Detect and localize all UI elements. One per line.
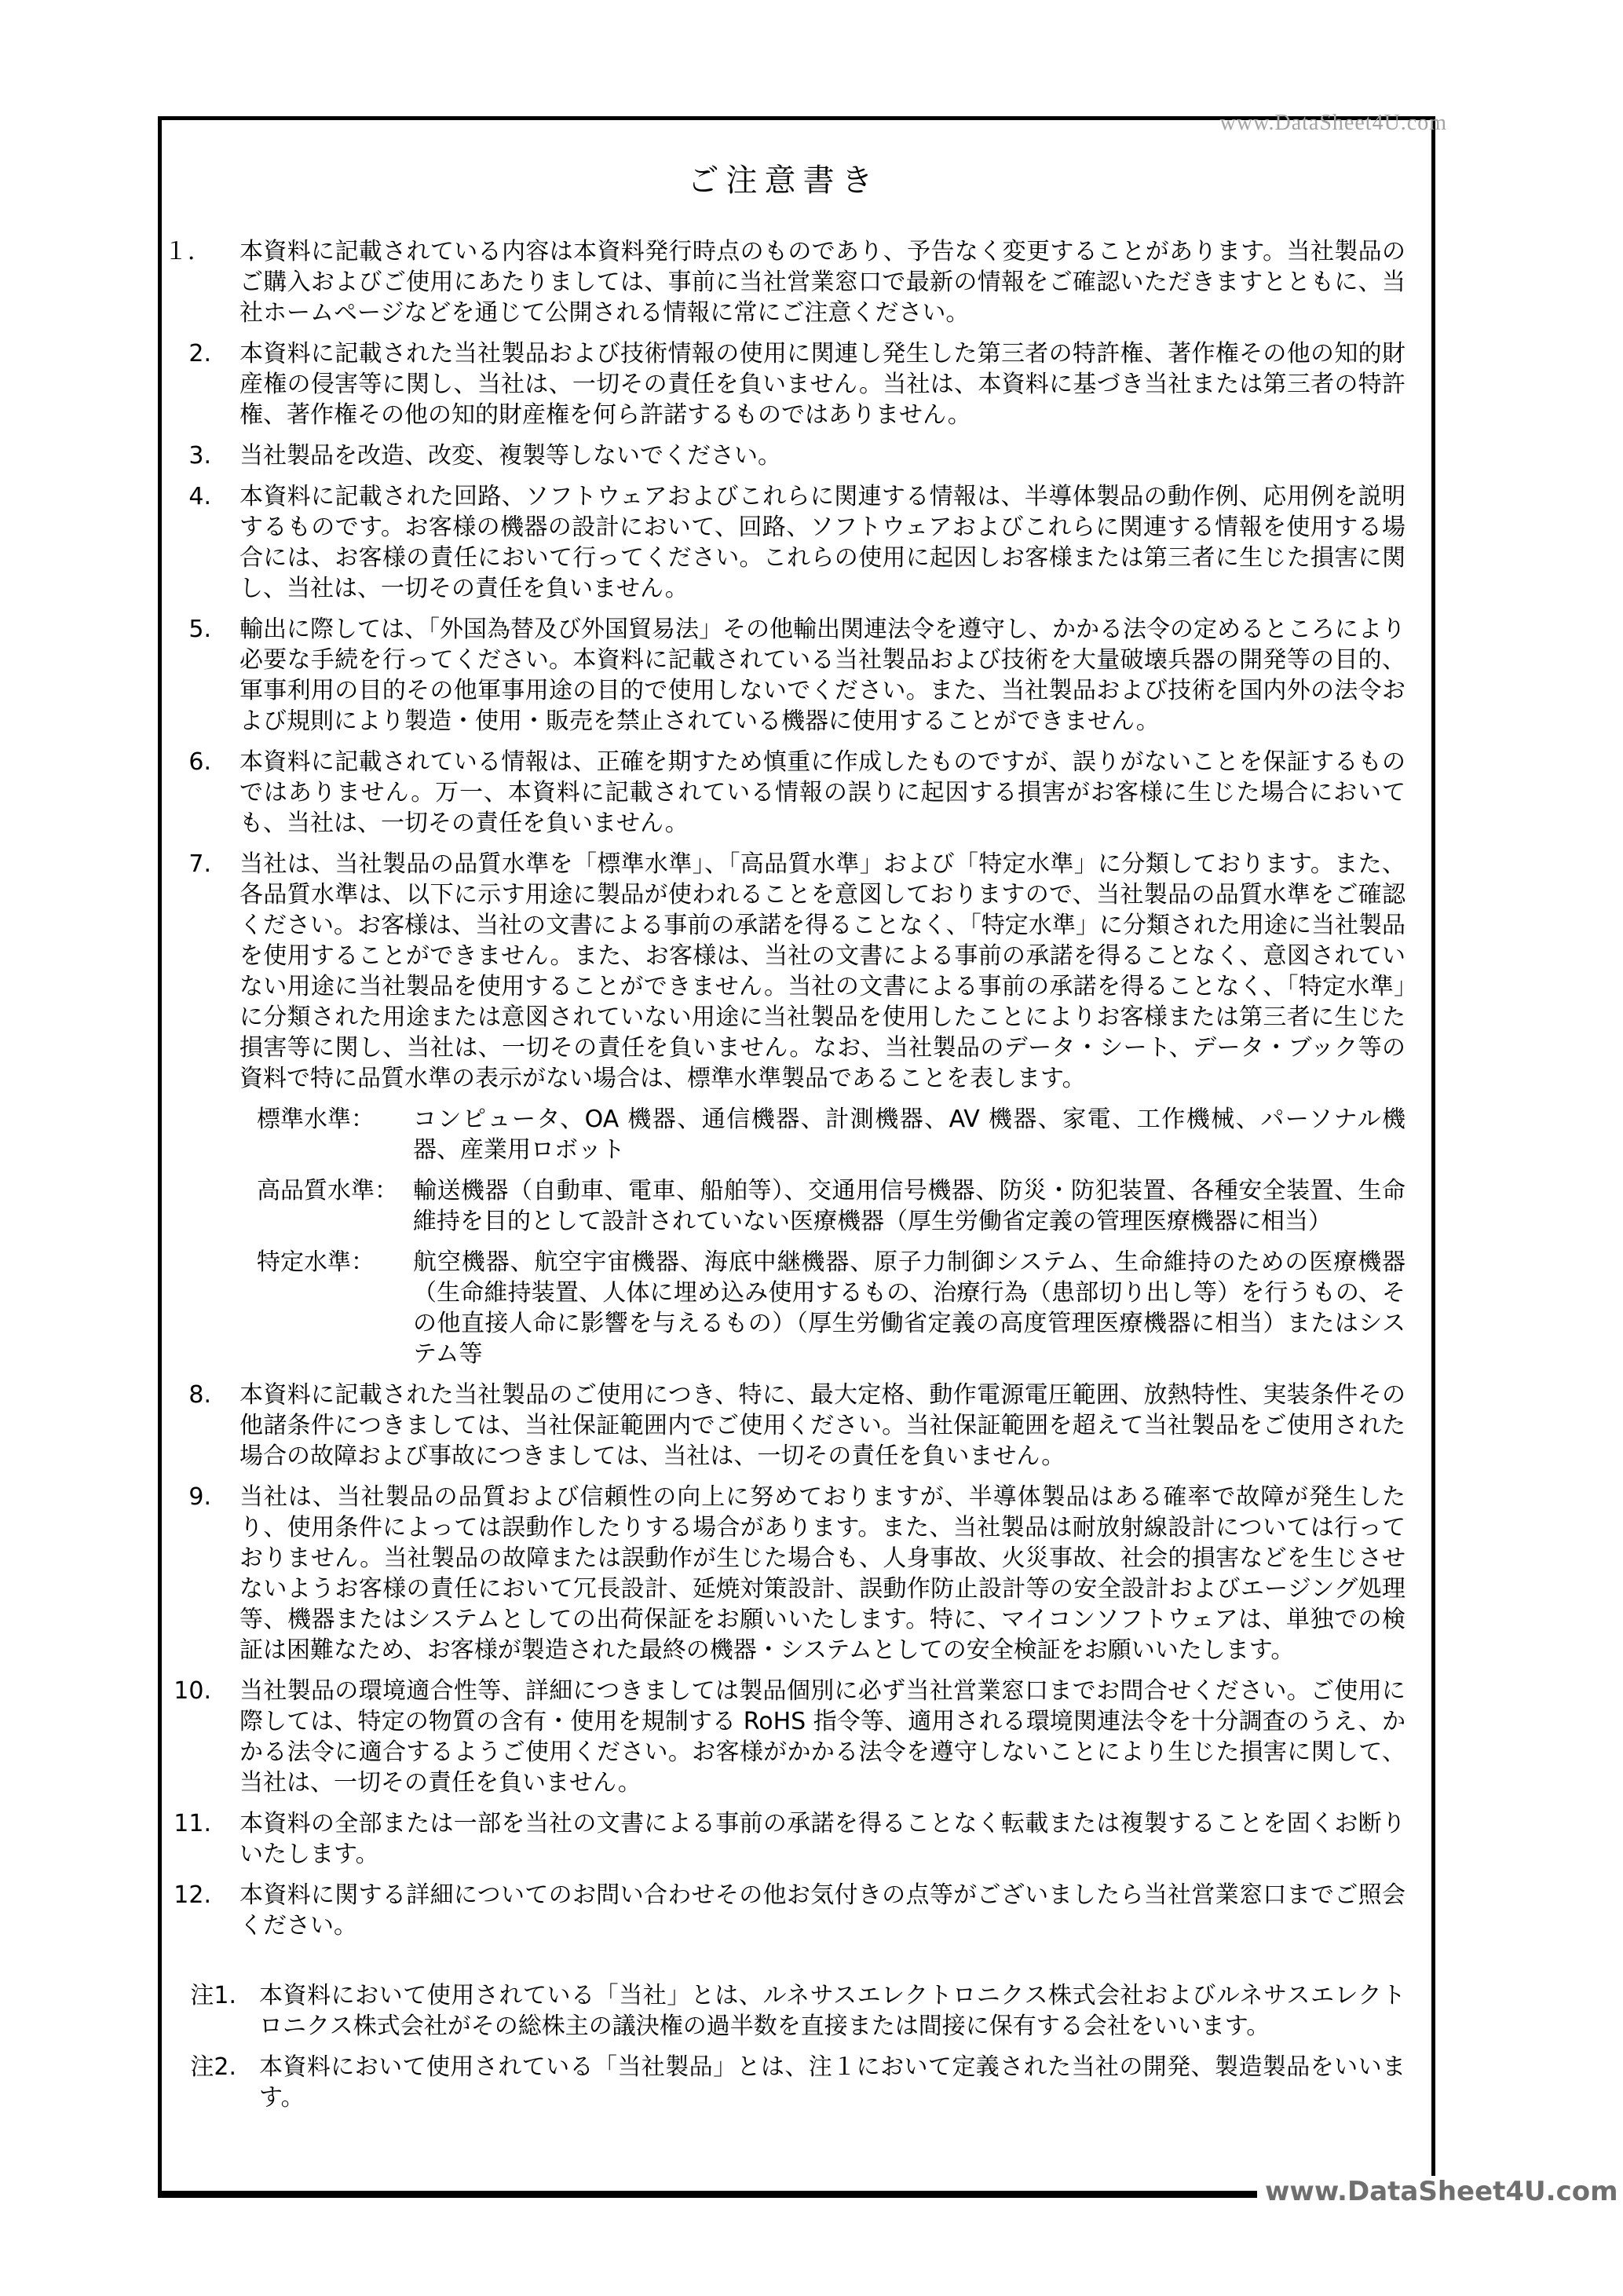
notice-item-7: 7. 当社は、当社製品の品質水準を「標準水準」、「高品質水準」および「特定水準」… — [162, 849, 1406, 1094]
item-text: 本資料に記載されている情報は、正確を期すため慎重に作成したものですが、誤りがない… — [239, 747, 1406, 839]
item-number: 8. — [162, 1380, 211, 1472]
item-number: １． — [162, 236, 211, 328]
notice-item-1: １． 本資料に記載されている内容は本資料発行時点のものであり、予告なく変更するこ… — [162, 236, 1406, 328]
quality-level-standard: 標準水準： コンピュータ、OA 機器、通信機器、計測機器、AV 機器、家電、工作… — [257, 1104, 1406, 1165]
item-number: 6. — [162, 747, 211, 839]
item-number: 5. — [162, 614, 211, 737]
quality-level-label: 特定水準： — [257, 1247, 413, 1369]
footnote-1: 注1. 本資料において使用されている「当社」とは、ルネサスエレクトロニクス株式会… — [162, 1980, 1406, 2042]
footnotes-section: 注1. 本資料において使用されている「当社」とは、ルネサスエレクトロニクス株式会… — [162, 1980, 1406, 2113]
footnote-number: 注1. — [162, 1980, 236, 2042]
footnote-text: 本資料において使用されている「当社製品」とは、注１において定義された当社の開発、… — [259, 2052, 1406, 2113]
item-text: 本資料に記載された回路、ソフトウェアおよびこれらに関連する情報は、半導体製品の動… — [239, 481, 1406, 604]
notice-item-8: 8. 本資料に記載された当社製品のご使用につき、特に、最大定格、動作電源電圧範囲… — [162, 1380, 1406, 1472]
item-number: 12. — [162, 1880, 211, 1941]
quality-level-text: 航空機器、航空宇宙機器、海底中継機器、原子力制御システム、生命維持のための医療機… — [413, 1247, 1406, 1369]
notice-item-9: 9. 当社は、当社製品の品質および信頼性の向上に努めておりますが、半導体製品はあ… — [162, 1482, 1406, 1665]
item-number: 3. — [162, 441, 211, 471]
item-text: 本資料に記載されている内容は本資料発行時点のものであり、予告なく変更することがあ… — [239, 236, 1406, 328]
item-text: 当社は、当社製品の品質および信頼性の向上に努めておりますが、半導体製品はある確率… — [239, 1482, 1406, 1665]
quality-level-text: コンピュータ、OA 機器、通信機器、計測機器、AV 機器、家電、工作機械、パーソ… — [413, 1104, 1406, 1165]
item-number: 7. — [162, 849, 211, 1094]
notice-item-12: 12. 本資料に関する詳細についてのお問い合わせその他お気付きの点等がございまし… — [162, 1880, 1406, 1941]
item-text: 当社製品の環境適合性等、詳細につきましては製品個別に必ず当社営業窓口までお問合せ… — [239, 1676, 1406, 1798]
item-text: 本資料に記載された当社製品のご使用につき、特に、最大定格、動作電源電圧範囲、放熱… — [239, 1380, 1406, 1472]
quality-level-high: 高品質水準： 輸送機器（自動車、電車、船舶等）、交通用信号機器、防災・防犯装置、… — [257, 1175, 1406, 1237]
document-page: www.DataSheet4U.com ご注意書き １． 本資料に記載されている… — [0, 0, 1623, 2296]
item-text: 本資料の全部または一部を当社の文書による事前の承諾を得ることなく転載または複製す… — [239, 1808, 1406, 1870]
item-number: 10. — [162, 1676, 211, 1798]
notice-item-5: 5. 輸出に際しては、「外国為替及び外国貿易法」その他輸出関連法令を遵守し、かか… — [162, 614, 1406, 737]
watermark-bottom: www.DataSheet4U.com — [1257, 2176, 1623, 2210]
notice-item-10: 10. 当社製品の環境適合性等、詳細につきましては製品個別に必ず当社営業窓口まで… — [162, 1676, 1406, 1798]
notice-item-6: 6. 本資料に記載されている情報は、正確を期すため慎重に作成したものですが、誤り… — [162, 747, 1406, 839]
item-number: 9. — [162, 1482, 211, 1665]
item-number: 2. — [162, 338, 211, 430]
quality-level-label: 高品質水準： — [257, 1175, 413, 1237]
item-number: 11. — [162, 1808, 211, 1870]
watermark-top: www.DataSheet4U.com — [1220, 111, 1447, 136]
notice-item-11: 11. 本資料の全部または一部を当社の文書による事前の承諾を得ることなく転載また… — [162, 1808, 1406, 1870]
item-text: 当社製品を改造、改変、複製等しないでください。 — [239, 441, 1406, 471]
quality-level-specific: 特定水準： 航空機器、航空宇宙機器、海底中継機器、原子力制御システム、生命維持の… — [257, 1247, 1406, 1369]
quality-level-text: 輸送機器（自動車、電車、船舶等）、交通用信号機器、防災・防犯装置、各種安全装置、… — [413, 1175, 1406, 1237]
quality-level-label: 標準水準： — [257, 1104, 413, 1165]
notice-item-2: 2. 本資料に記載された当社製品および技術情報の使用に関連し発生した第三者の特許… — [162, 338, 1406, 430]
footnote-text: 本資料において使用されている「当社」とは、ルネサスエレクトロニクス株式会社および… — [259, 1980, 1406, 2042]
item-number: 4. — [162, 481, 211, 604]
item-text: 輸出に際しては、「外国為替及び外国貿易法」その他輸出関連法令を遵守し、かかる法令… — [239, 614, 1406, 737]
notice-item-3: 3. 当社製品を改造、改変、複製等しないでください。 — [162, 441, 1406, 471]
notice-item-4: 4. 本資料に記載された回路、ソフトウェアおよびこれらに関連する情報は、半導体製… — [162, 481, 1406, 604]
item-text: 当社は、当社製品の品質水準を「標準水準」、「高品質水準」および「特定水準」に分類… — [239, 849, 1406, 1094]
notice-body: １． 本資料に記載されている内容は本資料発行時点のものであり、予告なく変更するこ… — [162, 236, 1406, 2113]
notice-frame: ご注意書き １． 本資料に記載されている内容は本資料発行時点のものであり、予告な… — [158, 116, 1435, 2198]
footnote-2: 注2. 本資料において使用されている「当社製品」とは、注１において定義された当社… — [162, 2052, 1406, 2113]
page-title: ご注意書き — [162, 155, 1406, 200]
item-text: 本資料に記載された当社製品および技術情報の使用に関連し発生した第三者の特許権、著… — [239, 338, 1406, 430]
footnote-number: 注2. — [162, 2052, 236, 2113]
item-text: 本資料に関する詳細についてのお問い合わせその他お気付きの点等がございましたら当社… — [239, 1880, 1406, 1941]
